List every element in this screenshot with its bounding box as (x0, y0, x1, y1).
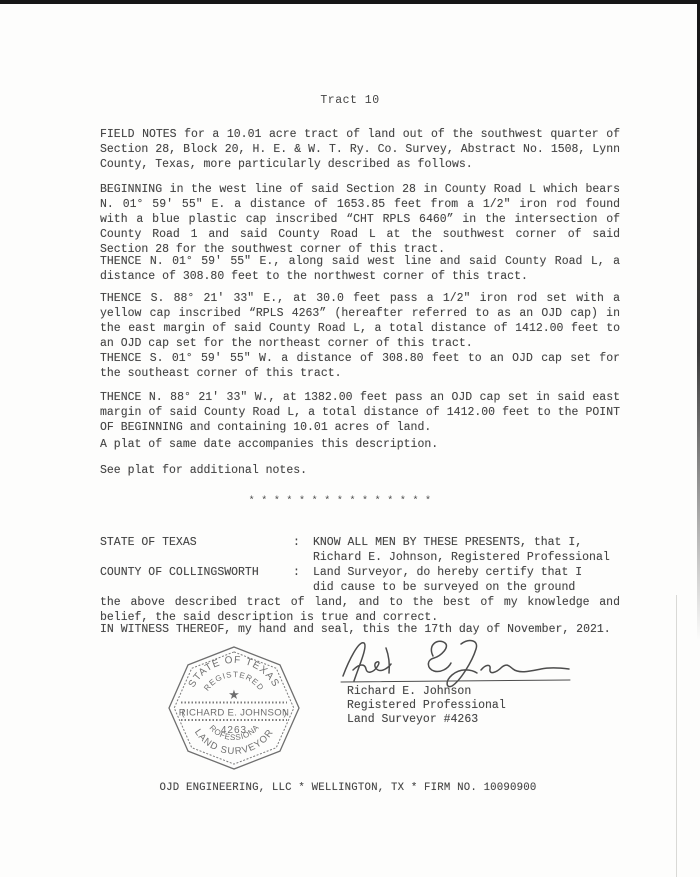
cert-row: Richard E. Johnson, Registered Professio… (100, 550, 620, 565)
document-title: Tract 10 (0, 93, 700, 108)
seal-name-text: RICHARD E. JOHNSON (179, 708, 289, 719)
scan-edge-top (0, 0, 700, 4)
paragraph-thence-3: THENCE S. 01° 59' 55" W. a distance of 3… (100, 351, 620, 381)
signer-license: Land Surveyor #4263 (347, 713, 506, 727)
cert-text-line: did cause to be surveyed on the ground (313, 580, 620, 595)
cert-text-line: Land Surveyor, do hereby certify that I (313, 565, 620, 580)
firm-footer: OJD ENGINEERING, LLC * WELLINGTON, TX * … (0, 781, 696, 795)
scanned-survey-document: Tract 10 FIELD NOTES for a 10.01 acre tr… (0, 0, 700, 877)
cert-label-empty (100, 550, 293, 565)
cert-colon: : (293, 565, 313, 580)
paragraph-beginning: BEGINNING in the west line of said Secti… (100, 182, 620, 257)
cert-colon-empty (293, 580, 313, 595)
cert-text-line: Richard E. Johnson, Registered Professio… (313, 550, 620, 565)
cert-county-label: COUNTY OF COLLINGSWORTH (100, 565, 293, 580)
certification-block: STATE OF TEXAS:KNOW ALL MEN BY THESE PRE… (100, 535, 620, 595)
star-icon: ★ (228, 687, 240, 702)
paragraph-thence-2: THENCE S. 88° 21' 33" E., at 30.0 feet p… (100, 291, 620, 351)
witness-line: IN WITNESS THEREOF, my hand and seal, th… (100, 622, 620, 637)
paragraph-plat-note: A plat of same date accompanies this des… (100, 437, 620, 452)
cert-state-label: STATE OF TEXAS (100, 535, 293, 550)
signer-name: Richard E. Johnson (347, 685, 506, 699)
cert-text-line: KNOW ALL MEN BY THESE PRESENTS, that I, (313, 535, 620, 550)
cert-label-empty (100, 580, 293, 595)
certification-continuation: the above described tract of land, and t… (100, 595, 620, 625)
asterisk-separator: * * * * * * * * * * * * * * * (0, 495, 680, 509)
cert-row: COUNTY OF COLLINGSWORTH:Land Surveyor, d… (100, 565, 620, 580)
cert-row: STATE OF TEXAS:KNOW ALL MEN BY THESE PRE… (100, 535, 620, 550)
typed-signature-block: Richard E. Johnson Registered Profession… (347, 685, 506, 727)
cert-colon-empty (293, 550, 313, 565)
scan-fold-line (676, 595, 677, 877)
seal-paren-right: ) (284, 708, 287, 718)
cert-row: did cause to be surveyed on the ground (100, 580, 620, 595)
signer-title: Registered Professional (347, 699, 506, 713)
cert-colon: : (293, 535, 313, 550)
paragraph-field-notes: FIELD NOTES for a 10.01 acre tract of la… (100, 127, 620, 172)
paragraph-thence-4: THENCE N. 88° 21' 33" W., at 1382.00 fee… (100, 390, 620, 435)
paragraph-see-plat: See plat for additional notes. (100, 463, 620, 478)
surveyor-seal: STATE OF TEXAS REGISTERED ★ ( RICHARD E.… (167, 644, 301, 772)
signature-scrawl (333, 636, 583, 691)
paragraph-thence-1: THENCE N. 01° 59' 55" E., along said wes… (100, 254, 620, 284)
